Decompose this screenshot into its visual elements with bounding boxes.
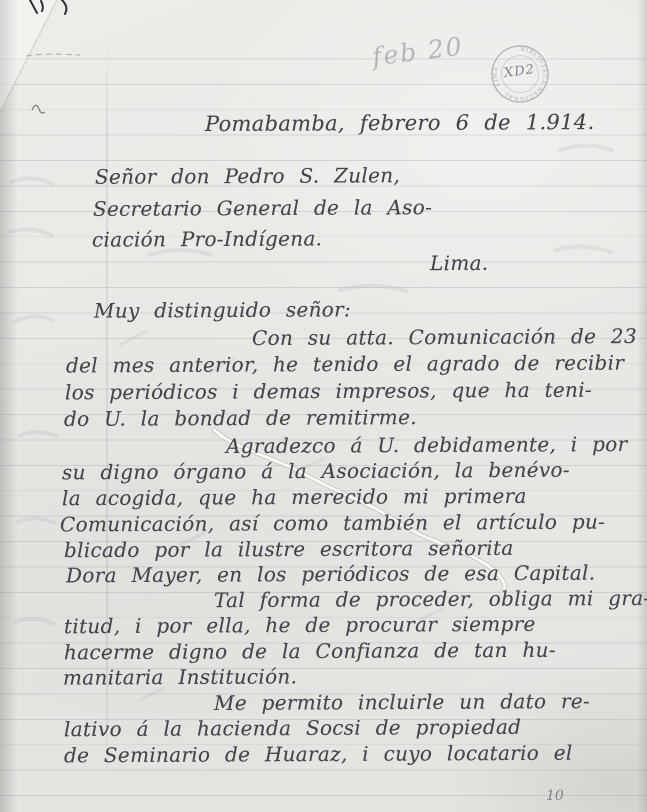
- body-line: de Seminario de Huaraz, i cuyo locatario…: [64, 740, 573, 769]
- body-line: Dora Mayer, en los periódicos de esa Cap…: [66, 560, 596, 589]
- body-line: Con su atta. Comunicación de 23: [252, 323, 637, 351]
- body-line: Tal forma de proceder, obliga mi gra-: [214, 585, 647, 613]
- letter-dateline: Pomabamba, febrero 6 de 1.914.: [205, 109, 595, 137]
- salutation: Muy distinguido señor:: [94, 296, 351, 323]
- body-line: la acogida, que ha merecido mi primera: [62, 483, 527, 511]
- body-line: Agradezco á U. debidamente, i por: [226, 431, 628, 459]
- body-line: del mes anterior, he tenido el agrado de…: [66, 350, 624, 379]
- recipient-title-line-2: ciación Pro-Indígena.: [92, 225, 322, 252]
- body-line: manitaria Institución.: [63, 663, 297, 690]
- recipient-name-line: Señor don Pedro S. Zulen,: [95, 162, 400, 190]
- body-line: do U. la bondad de remitirme.: [64, 404, 417, 432]
- page-number: 10: [546, 788, 564, 804]
- body-line: lativo á la hacienda Socsi de propiedad: [64, 714, 521, 742]
- body-line: hacerme digno de la Confianza de tan hu-: [64, 637, 556, 666]
- library-stamp: · BIBLIOTECA NACIONAL · LIMA · XD2: [483, 37, 557, 111]
- body-line: titud, i por ella, he de procurar siempr…: [64, 611, 536, 639]
- body-line: Me permito incluirle un dato re-: [214, 688, 590, 716]
- body-line: los periódicos i demas impresos, que ha …: [65, 377, 592, 406]
- body-line: blicado por la ilustre escritora señorit…: [64, 535, 514, 563]
- body-line: Comunicación, así como también el artícu…: [60, 509, 605, 538]
- body-line: su digno órgano á la Asociación, la bené…: [62, 457, 570, 486]
- scanned-letter-page: feb 20 · BIBLIOTECA NACIONAL · LIMA · XD…: [0, 0, 647, 812]
- pencil-date-note: feb 20: [371, 33, 466, 72]
- recipient-title-line: Secretario General de la Aso-: [93, 194, 432, 222]
- paper-left-edge-shadow: [0, 0, 18, 812]
- paper-right-edge-shadow: [637, 0, 647, 812]
- recipient-city: Lima.: [430, 250, 489, 276]
